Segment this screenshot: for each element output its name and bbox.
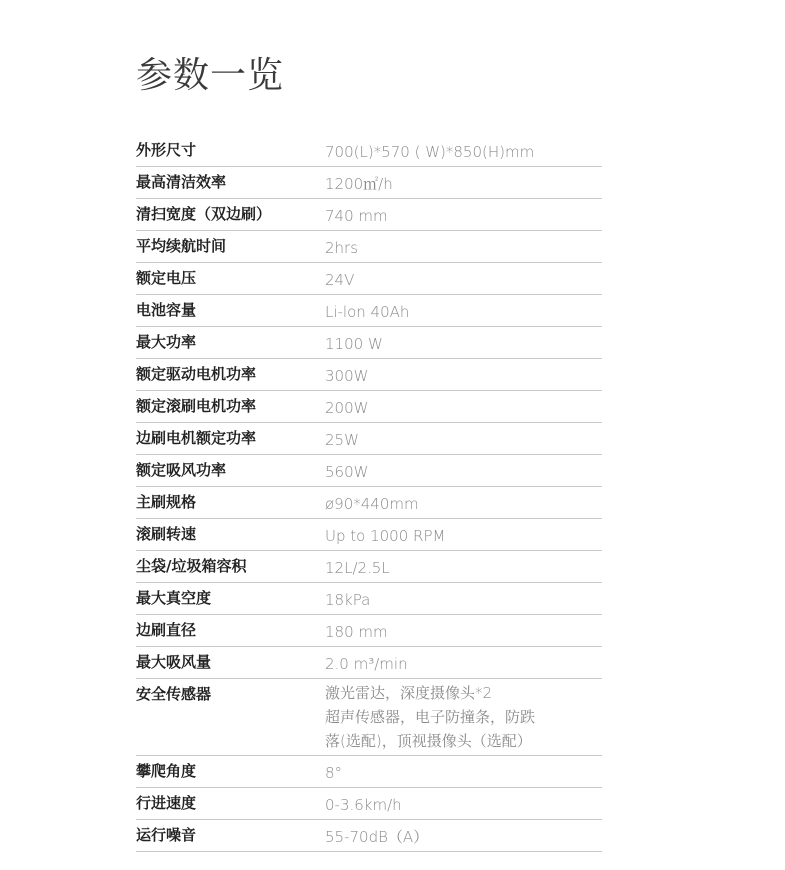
spec-value-line: 激光雷达，深度摄像头*2 <box>325 681 602 705</box>
spec-row-max-power: 最大功率 1100 W <box>136 327 602 359</box>
spec-row-roller-motor-power: 额定滚刷电机功率 200W <box>136 391 602 423</box>
spec-label: 电池容量 <box>136 295 325 326</box>
spec-label: 运行噪音 <box>136 820 325 851</box>
spec-label: 攀爬角度 <box>136 756 325 787</box>
spec-label: 额定滚刷电机功率 <box>136 391 325 422</box>
spec-value: 8° <box>325 756 602 787</box>
spec-value-line: 超声传感器，电子防撞条，防跌 <box>325 705 602 729</box>
spec-value: 1200㎡/h <box>325 167 602 198</box>
spec-value: 18kPa <box>325 583 602 614</box>
spec-row-drive-motor-power: 额定驱动电机功率 300W <box>136 359 602 391</box>
spec-value: 12L/2.5L <box>325 551 602 582</box>
spec-value: 300W <box>325 359 602 390</box>
spec-label: 边刷直径 <box>136 615 325 646</box>
spec-value: Up to 1000 RPM <box>325 519 602 550</box>
spec-label: 主刷规格 <box>136 487 325 518</box>
spec-value: 激光雷达，深度摄像头*2 超声传感器，电子防撞条，防跌 落(选配)，顶视摄像头（… <box>325 679 602 755</box>
spec-value: 700(L)*570 ( W)*850(H)mm <box>325 135 602 166</box>
spec-row-cleaning-width: 清扫宽度（双边刷） 740 mm <box>136 199 602 231</box>
spec-label: 最大功率 <box>136 327 325 358</box>
spec-value: Li-lon 40Ah <box>325 295 602 326</box>
spec-row-side-brush-diameter: 边刷直径 180 mm <box>136 615 602 647</box>
spec-label: 额定电压 <box>136 263 325 294</box>
spec-label: 最高清洁效率 <box>136 167 325 198</box>
spec-label: 额定吸风功率 <box>136 455 325 486</box>
spec-row-suction-power: 额定吸风功率 560W <box>136 455 602 487</box>
spec-label: 平均续航时间 <box>136 231 325 262</box>
spec-row-max-cleaning-efficiency: 最高清洁效率 1200㎡/h <box>136 167 602 199</box>
page-title: 参数一览 <box>136 54 284 98</box>
spec-row-max-airflow: 最大吸风量 2.0 m³/min <box>136 647 602 679</box>
spec-value: 24V <box>325 263 602 294</box>
spec-label: 额定驱动电机功率 <box>136 359 325 390</box>
spec-label: 滚刷转速 <box>136 519 325 550</box>
spec-table: 外形尺寸 700(L)*570 ( W)*850(H)mm 最高清洁效率 120… <box>136 135 602 852</box>
spec-value: 560W <box>325 455 602 486</box>
spec-row-travel-speed: 行进速度 0-3.6km/h <box>136 788 602 820</box>
spec-row-safety-sensors: 安全传感器 激光雷达，深度摄像头*2 超声传感器，电子防撞条，防跌 落(选配)，… <box>136 679 602 756</box>
spec-value: 0-3.6km/h <box>325 788 602 819</box>
spec-row-noise-level: 运行噪音 55-70dB（A） <box>136 820 602 852</box>
spec-label: 尘袋/垃圾箱容积 <box>136 551 325 582</box>
spec-label: 清扫宽度（双边刷） <box>136 199 325 230</box>
spec-label: 最大吸风量 <box>136 647 325 678</box>
spec-value: 25W <box>325 423 602 454</box>
spec-row-dimensions: 外形尺寸 700(L)*570 ( W)*850(H)mm <box>136 135 602 167</box>
spec-value: 55-70dB（A） <box>325 820 602 851</box>
spec-value: 200W <box>325 391 602 422</box>
spec-value: 740 mm <box>325 199 602 230</box>
spec-value: 180 mm <box>325 615 602 646</box>
spec-value: 2.0 m³/min <box>325 647 602 678</box>
spec-row-side-brush-motor-power: 边刷电机额定功率 25W <box>136 423 602 455</box>
spec-row-main-brush-spec: 主刷规格 ø90*440mm <box>136 487 602 519</box>
spec-row-battery-capacity: 电池容量 Li-lon 40Ah <box>136 295 602 327</box>
spec-row-roller-speed: 滚刷转速 Up to 1000 RPM <box>136 519 602 551</box>
spec-label: 边刷电机额定功率 <box>136 423 325 454</box>
spec-value: 2hrs <box>325 231 602 262</box>
spec-label: 行进速度 <box>136 788 325 819</box>
spec-row-max-vacuum: 最大真空度 18kPa <box>136 583 602 615</box>
spec-value: ø90*440mm <box>325 487 602 518</box>
spec-label: 外形尺寸 <box>136 135 325 166</box>
spec-row-bin-capacity: 尘袋/垃圾箱容积 12L/2.5L <box>136 551 602 583</box>
spec-value: 1100 W <box>325 327 602 358</box>
spec-row-rated-voltage: 额定电压 24V <box>136 263 602 295</box>
spec-value-line: 落(选配)，顶视摄像头（选配） <box>325 729 602 753</box>
spec-label: 安全传感器 <box>136 679 325 755</box>
spec-row-climbing-angle: 攀爬角度 8° <box>136 756 602 788</box>
spec-row-runtime: 平均续航时间 2hrs <box>136 231 602 263</box>
spec-label: 最大真空度 <box>136 583 325 614</box>
